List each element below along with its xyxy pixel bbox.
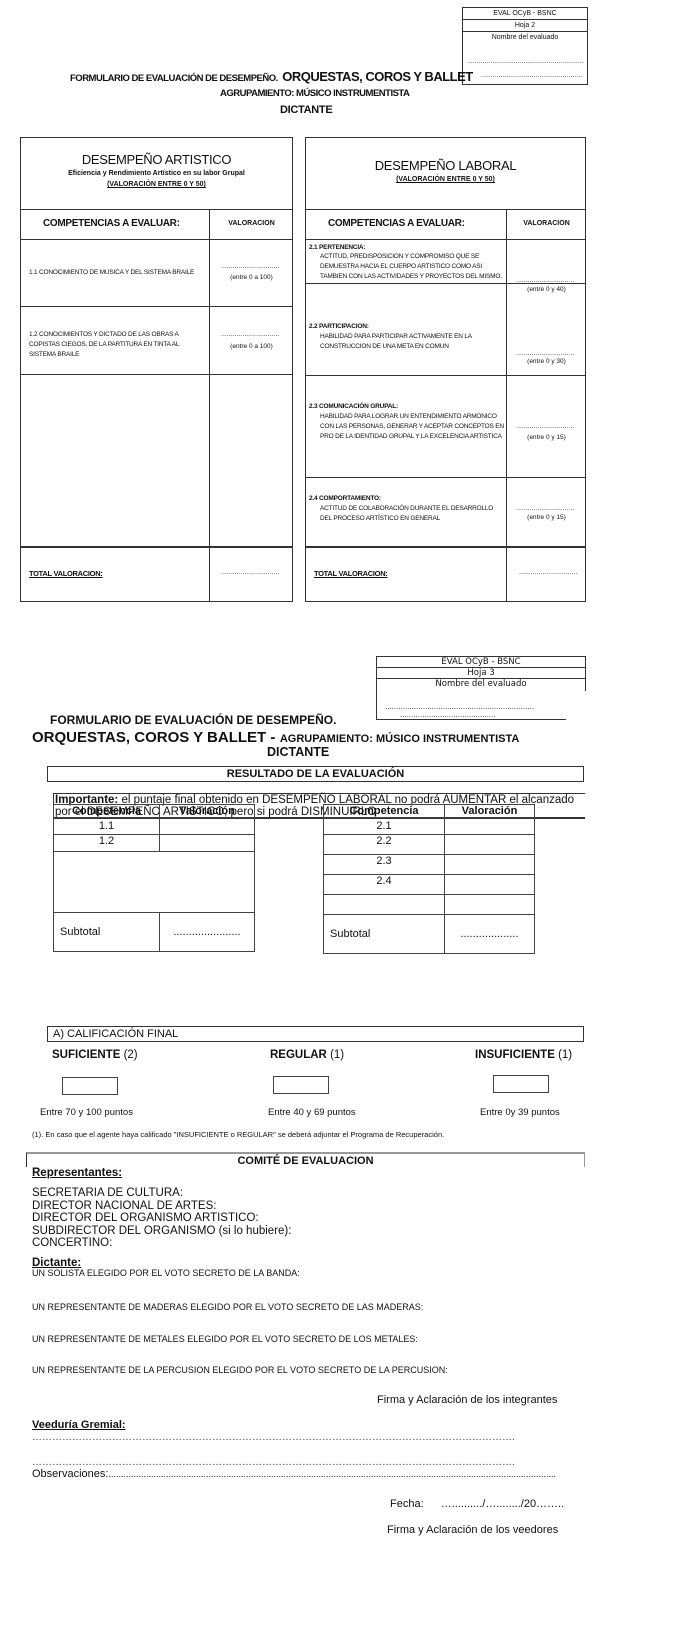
laboral-item-2-4-heading: 2.4 COMPORTAMIENTO: <box>309 494 381 504</box>
right-row-empty <box>324 895 445 915</box>
veeduria-label: Veeduría Gremial: <box>32 1419 126 1431</box>
artistic-item-1-1-range: (entre 0 a 100) <box>209 274 294 281</box>
fecha-field[interactable]: …........../…......../20…….. <box>441 1498 564 1510</box>
right-row-2-2: 2.2 <box>324 835 445 855</box>
final-grade-heading: A) CALIFICACIÓN FINAL <box>47 1026 584 1042</box>
grade-suficiente-num: (2) <box>124 1049 138 1061</box>
right-col-competencia: Competencia <box>324 805 445 818</box>
committee-heading: COMITÉ DE EVALUACION <box>26 1152 585 1167</box>
artistic-total-field[interactable]: .............................. <box>221 569 283 576</box>
artistic-range: (VALORACIÓN ENTRE 0 Y 50) <box>21 181 292 188</box>
sheet-number-p3: Hoja 3 <box>377 668 585 679</box>
artistic-item-1-1: 1.1 CONOCIMIENTO DE MUSICA Y DEL SISTEMA… <box>29 268 204 278</box>
representantes-list: SECRETARIA DE CULTURA: DIRECTOR NACIONAL… <box>32 1187 291 1250</box>
evaluee-name-field-p3-2[interactable]: ........................................… <box>400 710 565 719</box>
rep-concertino: CONCERTINO: <box>32 1237 291 1250</box>
artistic-item-1-2-range: (entre 0 a 100) <box>209 343 294 350</box>
sheet-number: Hoja 2 <box>463 20 587 32</box>
fecha: Fecha: …........../…......../20…….. <box>390 1498 564 1510</box>
laboral-range: (VALORACIÓN ENTRE 0 Y 50) <box>306 176 585 183</box>
right-row-2-1-value[interactable] <box>445 818 535 835</box>
evaluee-name-field[interactable]: ........................................… <box>467 58 583 65</box>
grade-insuficiente-range: Entre 0y 39 puntos <box>480 1107 560 1118</box>
rep-director-organismo: DIRECTOR DEL ORGANISMO ARTISTICO: <box>32 1212 291 1225</box>
grade-suficiente-checkbox[interactable] <box>62 1077 118 1095</box>
artistic-title: DESEMPEÑO ARTISTICO <box>21 152 292 167</box>
dictante-item-metales: UN REPRESENTANTE DE METALES ELEGIDO POR … <box>32 1334 418 1344</box>
observaciones: Observaciones:..........................… <box>32 1468 580 1480</box>
footnote: (1). En caso que el agente haya califica… <box>32 1130 444 1139</box>
page3-title-line1: FORMULARIO DE EVALUACIÓN DE DESEMPEÑO. <box>50 713 336 727</box>
laboral-col-competencias: COMPETENCIAS A EVALUAR: <box>328 218 465 229</box>
page3-dictante: DICTANTE <box>267 745 329 759</box>
artistic-item-1-2: 1.2 CONOCIMIENTOS Y DICTADO DE LAS OBRAS… <box>29 330 207 360</box>
artistic-col-competencias: COMPETENCIAS A EVALUAR: <box>43 218 180 229</box>
observaciones-label: Observaciones: <box>32 1468 108 1480</box>
page2-header-box: EVAL OCyB - BSNC Hoja 2 Nombre del evalu… <box>462 7 588 85</box>
grade-insuficiente-num: (1) <box>558 1049 572 1061</box>
dictante-item-solista: UN SOLISTA ELEGIDO POR EL VOTO SECRETO D… <box>32 1268 300 1278</box>
right-row-2-4-value[interactable] <box>445 875 535 895</box>
title-suffix-p3: AGRUPAMIENTO: MÚSICO INSTRUMENTISTA <box>280 733 520 745</box>
laboral-table: DESEMPEÑO LABORAL (VALORACIÓN ENTRE 0 Y … <box>305 137 586 602</box>
artistic-col-valoracion: VALORACION <box>209 220 294 227</box>
laboral-item-2-3-field[interactable]: .............................. <box>516 423 578 430</box>
left-row-1-1: 1.1 <box>54 818 160 835</box>
laboral-item-2-1-field[interactable]: .............................. <box>516 277 578 284</box>
laboral-item-2-3-heading: 2.3 COMUNICACIÓN GRUPAL: <box>309 402 398 412</box>
form-code-p3: EVAL OCyB - BSNC <box>377 657 585 668</box>
grade-regular-range: Entre 40 y 69 puntos <box>268 1107 356 1118</box>
laboral-item-2-3-text: HABILIDAD PARA LOGRAR UN ENTENDIMIENTO A… <box>320 412 505 442</box>
dictante-item-maderas: UN REPRESENTANTE DE MADERAS ELEGIDO POR … <box>32 1302 423 1312</box>
grade-suficiente-label: SUFICIENTE <box>52 1049 120 1061</box>
page2-subtitle: AGRUPAMIENTO: MÚSICO INSTRUMENTISTA <box>220 88 400 99</box>
laboral-item-2-1-range: (entre 0 y 40) <box>506 286 587 293</box>
grade-regular: REGULAR (1) <box>270 1049 344 1061</box>
laboral-total-field[interactable]: .............................. <box>519 569 581 576</box>
header-box-p3-bottom <box>376 719 566 720</box>
header-box-p3-left-border <box>376 690 377 719</box>
form-code: EVAL OCyB - BSNC <box>463 8 587 20</box>
laboral-col-valoracion: VALORACION <box>506 220 587 227</box>
grade-regular-num: (1) <box>330 1049 344 1061</box>
left-empty-area <box>54 852 255 913</box>
grade-insuficiente-label: INSUFICIENTE <box>475 1049 555 1061</box>
laboral-item-2-2-field[interactable]: .............................. <box>516 350 578 357</box>
artistic-subtitle: Eficiencia y Rendimiento Artístico en su… <box>21 170 292 177</box>
firma-integrantes: Firma y Aclaración de los integrantes <box>377 1394 557 1406</box>
page3-header-box: EVAL OCyB - BSNC Hoja 3 Nombre del evalu… <box>376 656 586 691</box>
grade-regular-checkbox[interactable] <box>273 1076 329 1094</box>
dictante-item-percusion: UN REPRESENTANTE DE LA PERCUSION ELEGIDO… <box>32 1365 448 1375</box>
artistic-table: DESEMPEÑO ARTISTICO Eficiencia y Rendimi… <box>20 137 293 602</box>
laboral-item-2-1-text: ACTITUD, PREDISPOSICION Y COMPROMISO QUE… <box>320 252 505 282</box>
laboral-item-2-2-text: HABILIDAD PARA PARTICIPAR ACTIVAMENTE EN… <box>320 332 480 352</box>
title-main-p3: ORQUESTAS, COROS Y BALLET - <box>32 729 275 746</box>
right-row-2-1: 2.1 <box>324 818 445 835</box>
veeduria-line-2[interactable]: …………………………………………………………………………………………………………… <box>32 1457 578 1468</box>
laboral-item-2-4-range: (entre 0 y 15) <box>506 514 587 521</box>
right-row-2-3-value[interactable] <box>445 855 535 875</box>
laboral-total-label: TOTAL VALORACION: <box>314 569 388 578</box>
firma-veedores: Firma y Aclaración de los veedores <box>387 1524 558 1536</box>
observaciones-field[interactable]: ........................................… <box>108 1469 556 1479</box>
laboral-item-2-4-field[interactable]: .............................. <box>516 505 578 512</box>
laboral-item-2-2-range: (entre 0 y 30) <box>506 358 587 365</box>
grade-regular-label: REGULAR <box>270 1049 327 1061</box>
laboral-item-2-4-text: ACTITUD DE COLABORACIÓN DURANTE EL DESAR… <box>320 504 505 524</box>
right-row-empty-value[interactable] <box>445 895 535 915</box>
artistic-total-label: TOTAL VALORACION: <box>29 569 103 578</box>
laboral-item-2-3-range: (entre 0 y 15) <box>506 434 587 441</box>
rep-subdirector: SUBDIRECTOR DEL ORGANISMO (si lo hubiere… <box>32 1225 291 1238</box>
grade-suficiente-range: Entre 70 y 100 puntos <box>40 1107 133 1118</box>
rep-secretaria: SECRETARIA DE CULTURA: <box>32 1187 291 1200</box>
evaluee-name-label: Nombre del evaluado <box>463 32 587 43</box>
result-heading: RESULTADO DE LA EVALUACIÓN <box>47 766 584 782</box>
title-main: ORQUESTAS, COROS Y BALLET <box>282 69 472 84</box>
laboral-item-2-2-heading: 2.2 PARTICIPACION: <box>309 322 369 332</box>
evaluee-name-label-p3: Nombre del evaluado <box>377 679 585 690</box>
artistic-item-1-1-field[interactable]: .............................. <box>221 263 283 270</box>
fecha-label: Fecha: <box>390 1498 424 1510</box>
right-col-valoracion: Valoración <box>445 805 535 818</box>
right-subtotal-field[interactable]: ................... <box>445 915 535 954</box>
left-subtotal-label: Subtotal <box>54 913 160 952</box>
rep-director-nacional: DIRECTOR NACIONAL DE ARTES: <box>32 1200 291 1213</box>
grade-suficiente: SUFICIENTE (2) <box>52 1049 138 1061</box>
grade-insuficiente: INSUFICIENTE (1) <box>475 1049 572 1061</box>
right-subtotal-label: Subtotal <box>324 915 445 954</box>
laboral-title: DESEMPEÑO LABORAL <box>306 158 585 173</box>
page2-dictante: DICTANTE <box>280 104 332 116</box>
veeduria-line-1[interactable]: …………………………………………………………………………………………………………… <box>32 1432 572 1443</box>
evaluee-name-field-2[interactable]: ........................................… <box>481 72 583 79</box>
representantes-label: Representantes: <box>32 1167 122 1179</box>
right-row-2-4: 2.4 <box>324 875 445 895</box>
right-row-2-3: 2.3 <box>324 855 445 875</box>
page2-title: FORMULARIO DE EVALUACIÓN DE DESEMPEÑO. O… <box>70 68 430 86</box>
left-col-competencia: Competencia <box>54 805 160 818</box>
left-row-1-2: 1.2 <box>54 835 160 852</box>
grade-insuficiente-checkbox[interactable] <box>493 1075 549 1093</box>
left-subtotal-field[interactable]: ...................... <box>160 913 255 952</box>
title-prefix: FORMULARIO DE EVALUACIÓN DE DESEMPEÑO. <box>70 73 278 84</box>
artistic-item-1-2-field[interactable]: .............................. <box>221 331 283 338</box>
left-row-1-1-value[interactable] <box>160 818 255 835</box>
right-row-2-2-value[interactable] <box>445 835 535 855</box>
left-row-1-2-value[interactable] <box>160 835 255 852</box>
left-col-valoracion: Valoración <box>160 805 255 818</box>
